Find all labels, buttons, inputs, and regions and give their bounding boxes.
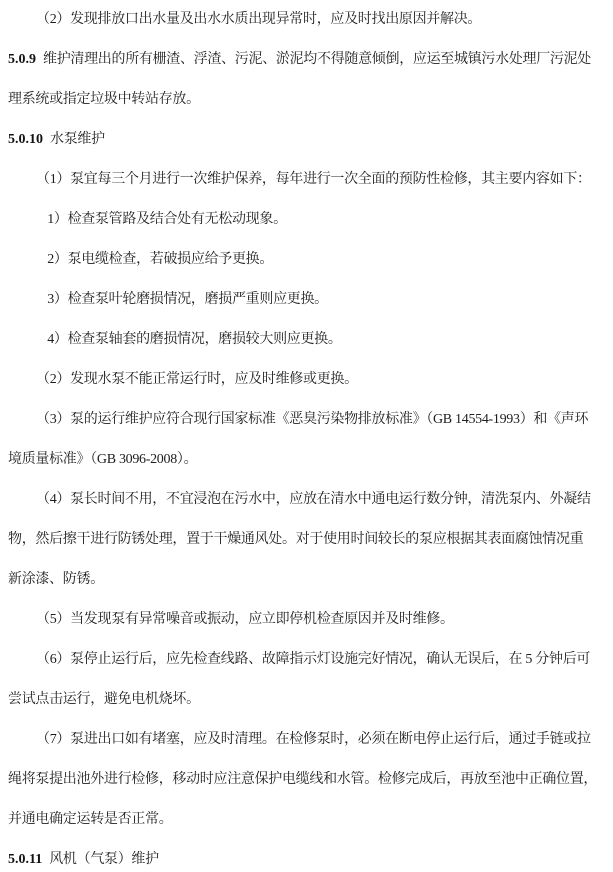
section-heading-5-0-11: 5.0.11风机（气泵）维护 (8, 840, 609, 872)
continuation-line: 并通电确定运转是否正常。 (8, 800, 609, 840)
sub-item-line: 3）检查泵叶轮磨损情况，磨损严重则应更换。 (8, 280, 609, 320)
paragraph-line: （2）发现排放口出水量及出水水质出现异常时，应及时找出原因并解决。 (8, 0, 609, 40)
section-heading-5-0-10: 5.0.10水泵维护 (8, 120, 609, 160)
line-text: （1）泵宜每三个月进行一次维护保养，每年进行一次全面的预防性检修，其主要内容如下… (36, 172, 591, 187)
line-text: 新涂漆、防锈。 (8, 572, 104, 587)
line-text: （7）泵进出口如有堵塞，应及时清理。在检修泵时，必须在断电停止运行后，通过手链或… (36, 732, 591, 747)
paragraph-line: （4）泵长时间不用，不宜浸泡在污水中，应放在清水中通电运行数分钟，清洗泵内、外凝… (8, 480, 609, 520)
continuation-line: 境质量标准》（GB 3096-2008）。 (8, 440, 609, 480)
paragraph-line: （7）泵进出口如有堵塞，应及时清理。在检修泵时，必须在断电停止运行后，通过手链或… (8, 720, 609, 760)
line-text: 物，然后擦干进行防锈处理，置于干燥通风处。对于使用时间较长的泵应根据其表面腐蚀情… (8, 532, 583, 547)
line-text: （2）发现排放口出水量及出水水质出现异常时，应及时找出原因并解决。 (36, 12, 481, 27)
line-text: （5）当发现泵有异常噪音或振动，应立即停机检查原因并及时维修。 (36, 612, 454, 627)
section-number: 5.0.10 (8, 132, 43, 147)
line-text: （3）泵的运行维护应符合现行国家标准《恶臭污染物排放标准》（GB 14554-1… (36, 412, 588, 427)
line-text: （6）泵停止运行后，应先检查线路、故障指示灯设施完好情况，确认无误后，在 5 分… (36, 652, 590, 667)
sub-item-line: 1）检查泵管路及结合处有无松动现象。 (8, 200, 609, 240)
paragraph-line: （6）泵停止运行后，应先检查线路、故障指示灯设施完好情况，确认无误后，在 5 分… (8, 640, 609, 680)
section-heading-5-0-9: 5.0.9维护清理出的所有栅渣、浮渣、污泥、淤泥均不得随意倾倒，应运至城镇污水处… (8, 40, 609, 80)
line-text: 尝试点击运行，避免电机烧坏。 (8, 692, 200, 707)
paragraph-line: （3）泵的运行维护应符合现行国家标准《恶臭污染物排放标准》（GB 14554-1… (8, 400, 609, 440)
line-text: 风机（气泵）维护 (49, 852, 159, 867)
document-page: （2）发现排放口出水量及出水水质出现异常时，应及时找出原因并解决。 5.0.9维… (0, 0, 613, 872)
sub-item-line: 2）泵电缆检查，若破损应给予更换。 (8, 240, 609, 280)
continuation-line: 尝试点击运行，避免电机烧坏。 (8, 680, 609, 720)
line-text: 理系统或指定垃圾中转站存放。 (8, 92, 200, 107)
sub-item-line: 4）检查泵轴套的磨损情况，磨损较大则应更换。 (8, 320, 609, 360)
paragraph-line: （1）泵宜每三个月进行一次维护保养，每年进行一次全面的预防性检修，其主要内容如下… (8, 160, 609, 200)
section-number: 5.0.9 (8, 52, 36, 67)
line-text: （4）泵长时间不用，不宜浸泡在污水中，应放在清水中通电运行数分钟，清洗泵内、外凝… (36, 492, 591, 507)
line-text: 境质量标准》（GB 3096-2008）。 (8, 452, 197, 467)
line-text: （2）发现水泵不能正常运行时，应及时维修或更换。 (36, 372, 358, 387)
line-text: 水泵维护 (50, 132, 105, 147)
line-text: 4）检查泵轴套的磨损情况，磨损较大则应更换。 (47, 332, 341, 347)
continuation-line: 理系统或指定垃圾中转站存放。 (8, 80, 609, 120)
paragraph-line: （5）当发现泵有异常噪音或振动，应立即停机检查原因并及时维修。 (8, 600, 609, 640)
line-text: 3）检查泵叶轮磨损情况，磨损严重则应更换。 (47, 292, 328, 307)
line-text: 1）检查泵管路及结合处有无松动现象。 (47, 212, 287, 227)
line-text: 维护清理出的所有栅渣、浮渣、污泥、淤泥均不得随意倾倒，应运至城镇污水处理厂污泥处 (43, 52, 591, 67)
line-text: 并通电确定运转是否正常。 (8, 812, 172, 827)
paragraph-line: （2）发现水泵不能正常运行时，应及时维修或更换。 (8, 360, 609, 400)
continuation-line: 绳将泵提出池外进行检修，移动时应注意保护电缆线和水管。检修完成后，再放至池中正确… (8, 760, 609, 800)
line-text: 2）泵电缆检查，若破损应给予更换。 (47, 252, 273, 267)
line-text: 绳将泵提出池外进行检修，移动时应注意保护电缆线和水管。检修完成后，再放至池中正确… (8, 772, 597, 787)
section-number: 5.0.11 (8, 852, 42, 867)
continuation-line: 新涂漆、防锈。 (8, 560, 609, 600)
continuation-line: 物，然后擦干进行防锈处理，置于干燥通风处。对于使用时间较长的泵应根据其表面腐蚀情… (8, 520, 609, 560)
